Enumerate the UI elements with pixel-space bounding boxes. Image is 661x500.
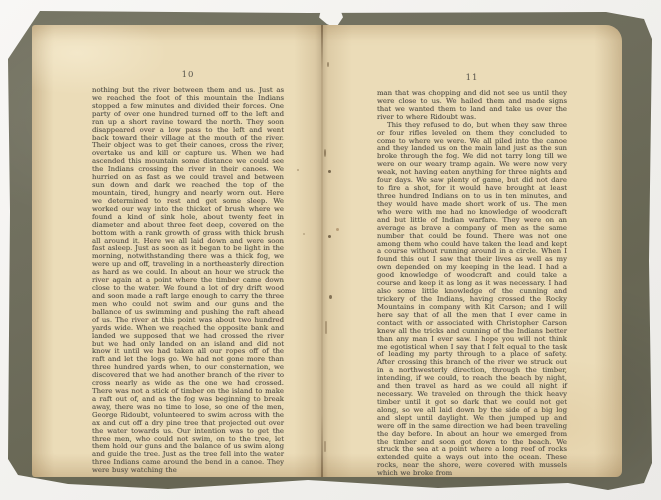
page-number-left: 10 <box>92 71 284 80</box>
page-right-paragraph-1: man that was chopping and did not see us… <box>377 90 567 122</box>
binding-speck <box>327 62 329 67</box>
page-left: 10 nothing but the river between them an… <box>92 71 284 475</box>
page-right-paragraph-2: This they refused to do, but when they s… <box>377 122 567 478</box>
binding-speck <box>324 149 326 157</box>
page-right: 11 man that was chopping and did not see… <box>377 74 567 478</box>
binding-speck <box>303 233 305 235</box>
book-scan: 10 nothing but the river between them an… <box>0 0 661 500</box>
binding-speck <box>328 235 331 238</box>
page-number-right: 11 <box>377 74 567 83</box>
foxing-speck <box>336 228 339 231</box>
page-left-paragraph: nothing but the river between them and u… <box>92 87 284 475</box>
binding-speck <box>324 441 326 452</box>
binding-speck <box>328 170 331 173</box>
binding-speck <box>325 321 327 334</box>
open-pages: 10 nothing but the river between them an… <box>32 25 622 477</box>
binding-speck <box>297 169 299 171</box>
gutter-crease <box>321 25 323 477</box>
binding-speck <box>329 295 332 299</box>
